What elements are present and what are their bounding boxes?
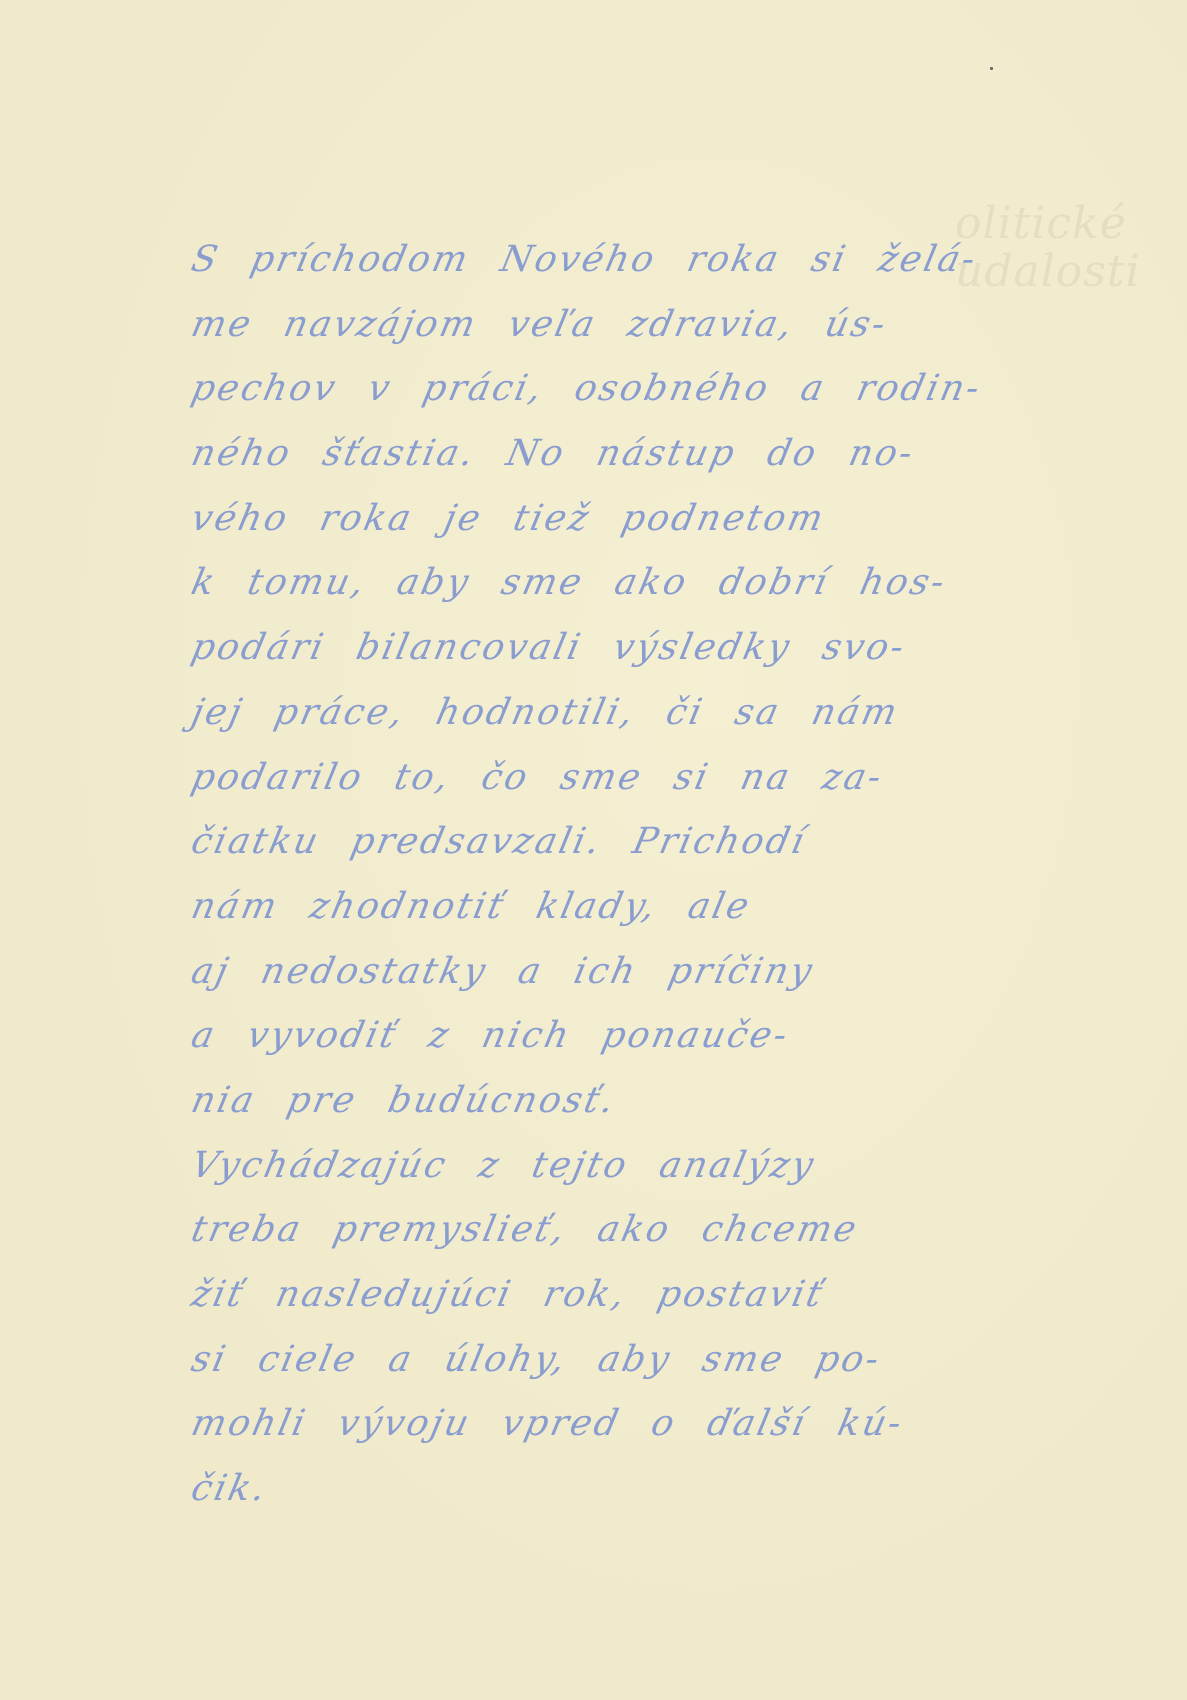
handwritten-line: S príchodom Nového roka si želá-: [185, 228, 979, 293]
handwritten-line: aj nedostatky a ich príčiny: [185, 940, 979, 1005]
handwritten-text-block: S príchodom Nového roka si želá- me navz…: [185, 228, 965, 1522]
handwritten-line: si ciele a úlohy, aby sme po-: [185, 1328, 979, 1393]
handwritten-line: mohli vývoju vpred o ďalší kú-: [185, 1392, 979, 1457]
handwritten-line: podári bilancovali výsledky svo-: [185, 616, 979, 681]
document-page: olitické udalosti S príchodom Nového rok…: [0, 0, 1187, 1700]
handwritten-line: jej práce, hodnotili, či sa nám: [185, 681, 979, 746]
handwritten-line: nám zhodnotiť klady, ale: [185, 875, 979, 940]
handwritten-line: k tomu, aby sme ako dobrí hos-: [185, 551, 979, 616]
handwritten-line: ného šťastia. No nástup do no-: [185, 422, 979, 487]
handwritten-line: žiť nasledujúci rok, postaviť: [185, 1263, 979, 1328]
handwritten-line: a vyvodiť z nich ponauče-: [185, 1004, 979, 1069]
bleed-through-text: olitické udalosti: [955, 200, 1141, 296]
handwritten-line: čiatku predsavzali. Prichodí: [185, 810, 979, 875]
handwritten-line: nia pre budúcnosť.: [185, 1069, 979, 1134]
handwritten-line: pechov v práci, osobného a rodin-: [185, 357, 979, 422]
handwritten-line: treba premyslieť, ako chceme: [185, 1198, 979, 1263]
handwritten-line: podarilo to, čo sme si na za-: [185, 746, 979, 811]
paper-speck: [990, 67, 993, 70]
handwritten-line: čik.: [185, 1457, 979, 1522]
handwritten-line: me navzájom veľa zdravia, ús-: [185, 293, 979, 358]
handwritten-line: Vychádzajúc z tejto analýzy: [185, 1134, 979, 1199]
handwritten-line: vého roka je tiež podnetom: [185, 487, 979, 552]
